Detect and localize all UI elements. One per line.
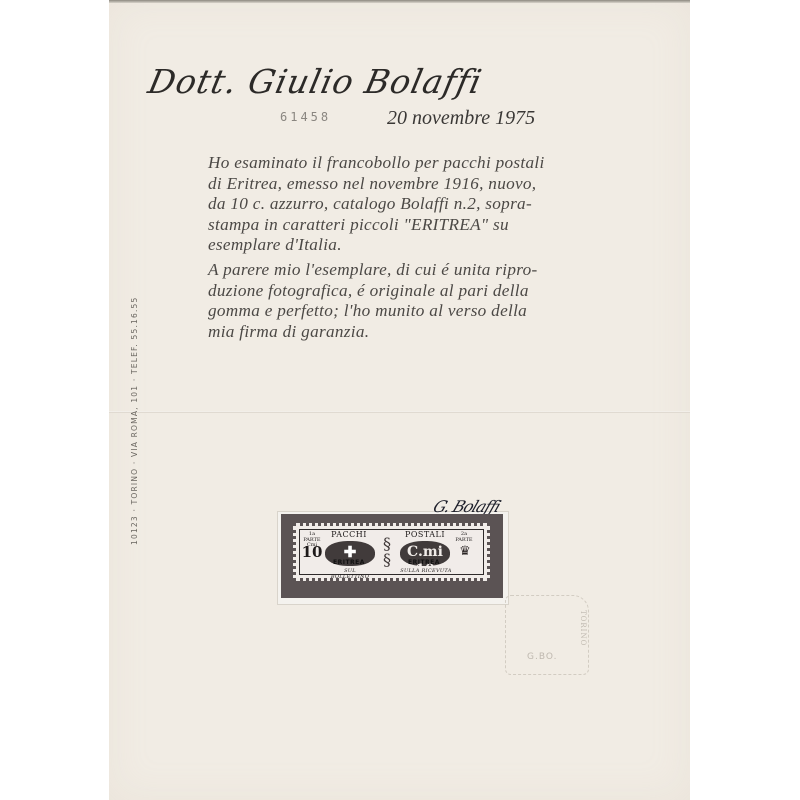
fold-line	[109, 411, 690, 413]
eagle-icon: ♛	[456, 544, 474, 559]
stamp-photo: 1a PARTE Cmi 10 PACCHI ✚ ERITREA §§ POST…	[293, 523, 490, 581]
stamp-footer-left: SUL BOLLETTINO	[324, 568, 376, 580]
text-line: mia firma di garanzia.	[208, 322, 678, 343]
embossed-seal-side-text: TORINO	[579, 610, 587, 646]
certificate-date: 20 novembre 1975	[387, 107, 535, 130]
certificate-number: 61458	[280, 110, 331, 124]
text-line: esemplare d'Italia.	[208, 235, 678, 256]
stamp-inner-border: 1a PARTE Cmi 10 PACCHI ✚ ERITREA §§ POST…	[299, 529, 484, 575]
text-line: Ho esaminato il francobollo per pacchi p…	[208, 153, 678, 174]
overprint-left: ERITREA	[333, 559, 365, 566]
savoy-cross-icon: ✚	[343, 545, 357, 559]
paragraph-examination: Ho esaminato il francobollo per pacchi p…	[208, 153, 678, 256]
letterhead-name: Dott. Giulio Bolaffi	[145, 62, 486, 101]
page-top-edge	[109, 0, 690, 3]
stamp-footer-right: SULLA RICEVUTA	[400, 568, 452, 574]
side-address: 10123 · TORINO · VIA ROMA, 101 · TELEF. …	[130, 296, 139, 545]
certificate-page: Dott. Giulio Bolaffi 61458 20 novembre 1…	[109, 0, 690, 800]
stamp-parte-right: 2a PARTE	[454, 531, 474, 543]
embossed-seal-text: G.BO.	[527, 652, 557, 662]
embossed-seal-icon	[505, 595, 589, 675]
paragraph-opinion: A parere mio l'esemplare, di cui é unita…	[208, 260, 678, 342]
text-line: stampa in caratteri piccoli "ERITREA" su	[208, 215, 678, 236]
stamp-value-left: 10	[301, 544, 323, 560]
text-line: duzione fotografica, é originale al pari…	[208, 281, 678, 302]
savoy-knot-icon: §§	[378, 536, 396, 570]
stamp-header-postali: POSTALI	[400, 530, 450, 539]
overprint-right: ERITREA	[408, 559, 440, 566]
text-line: di Eritrea, emesso nel novembre 1916, nu…	[208, 174, 678, 195]
stamp-header-pacchi: PACCHI	[324, 530, 374, 539]
text-line: da 10 c. azzurro, catalogo Bolaffi n.2, …	[208, 194, 678, 215]
text-line: A parere mio l'esemplare, di cui é unita…	[208, 260, 678, 281]
text-line: gomma e perfetto; l'ho munito al verso d…	[208, 301, 678, 322]
